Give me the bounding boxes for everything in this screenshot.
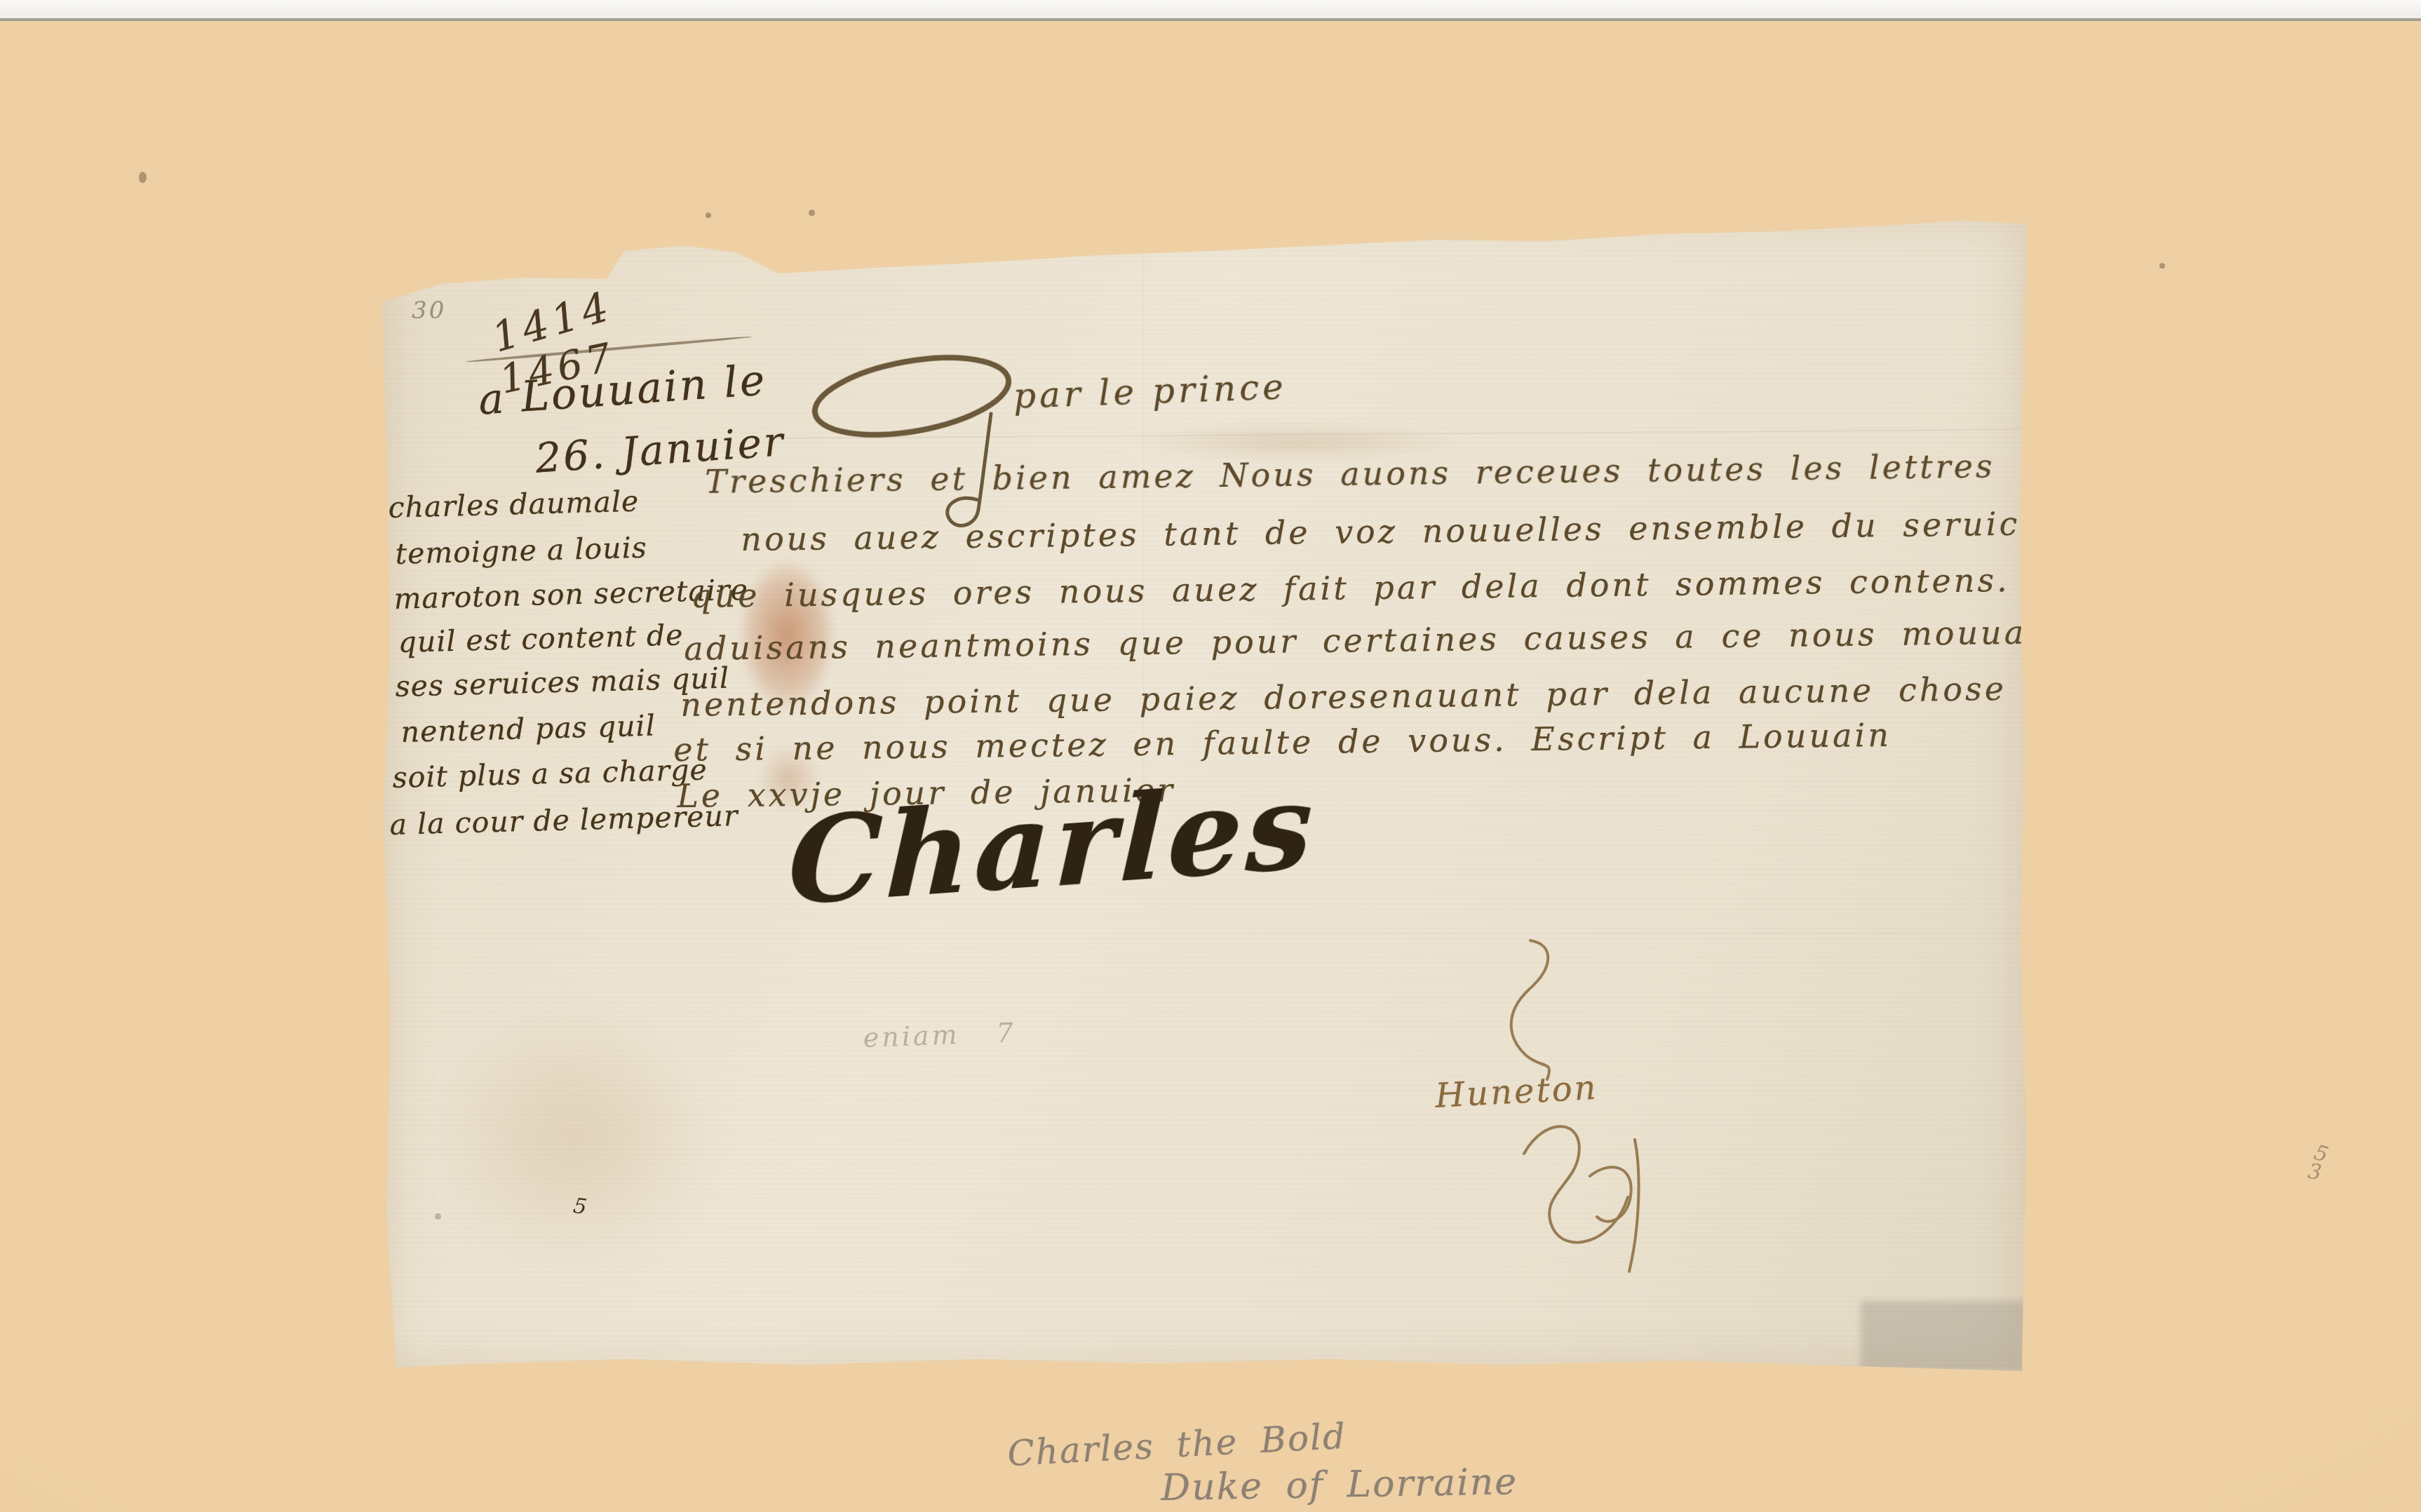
marginal-note-line: nentend pas quil — [400, 708, 656, 748]
foxing-speck — [809, 210, 815, 216]
body-line: aduisans neantmoins que pour certaines c… — [684, 613, 2070, 668]
pencil-folio-number: 30 — [412, 297, 446, 325]
gray-corner-patch — [1861, 1301, 2026, 1371]
marginal-note-line: charles daumale — [388, 485, 640, 525]
album-page: 30 1414 1467 a Louuain le 26. Januier pa… — [0, 21, 2421, 1512]
marginal-note-line: soit plus a sa charge — [392, 752, 708, 795]
secretary-flourish-icon — [1487, 936, 1564, 1084]
marginal-note-line: quil est content de — [398, 618, 684, 659]
fold-crease-horizontal — [1192, 933, 2020, 935]
manuscript-letter: 30 1414 1467 a Louuain le 26. Januier pa… — [382, 210, 2027, 1371]
foxing-speck — [706, 212, 711, 218]
secretary-countersignature: Huneton — [1434, 1068, 1599, 1116]
faint-pencil-annotation: eniam 7 — [863, 1017, 1016, 1053]
foxing-speck — [139, 172, 147, 183]
pencil-caption-line: Duke of Lorraine — [1161, 1461, 1518, 1509]
photograph: 30 1414 1467 a Louuain le 26. Januier pa… — [0, 0, 2421, 1512]
foxing-speck — [2159, 263, 2165, 269]
marginal-note-line: ses seruices mais quil — [395, 661, 730, 703]
marginal-note-line: temoigne a louis — [395, 531, 647, 571]
flourished-initial-D-icon — [803, 347, 1027, 536]
body-line: nentendons point que paiez doresenauant … — [680, 670, 2007, 724]
pencil-shelf-mark-digit: 5 — [2312, 1140, 2331, 1168]
salutation-text: par le prince — [1013, 366, 1288, 417]
backdrop-edge — [0, 0, 2421, 21]
foxing-speck — [435, 1213, 441, 1220]
body-line: que iusques ores nous auez fait par dela… — [691, 560, 2123, 615]
discoloration-stain — [393, 968, 757, 1304]
secretary-paraph-icon — [1511, 1112, 1659, 1287]
